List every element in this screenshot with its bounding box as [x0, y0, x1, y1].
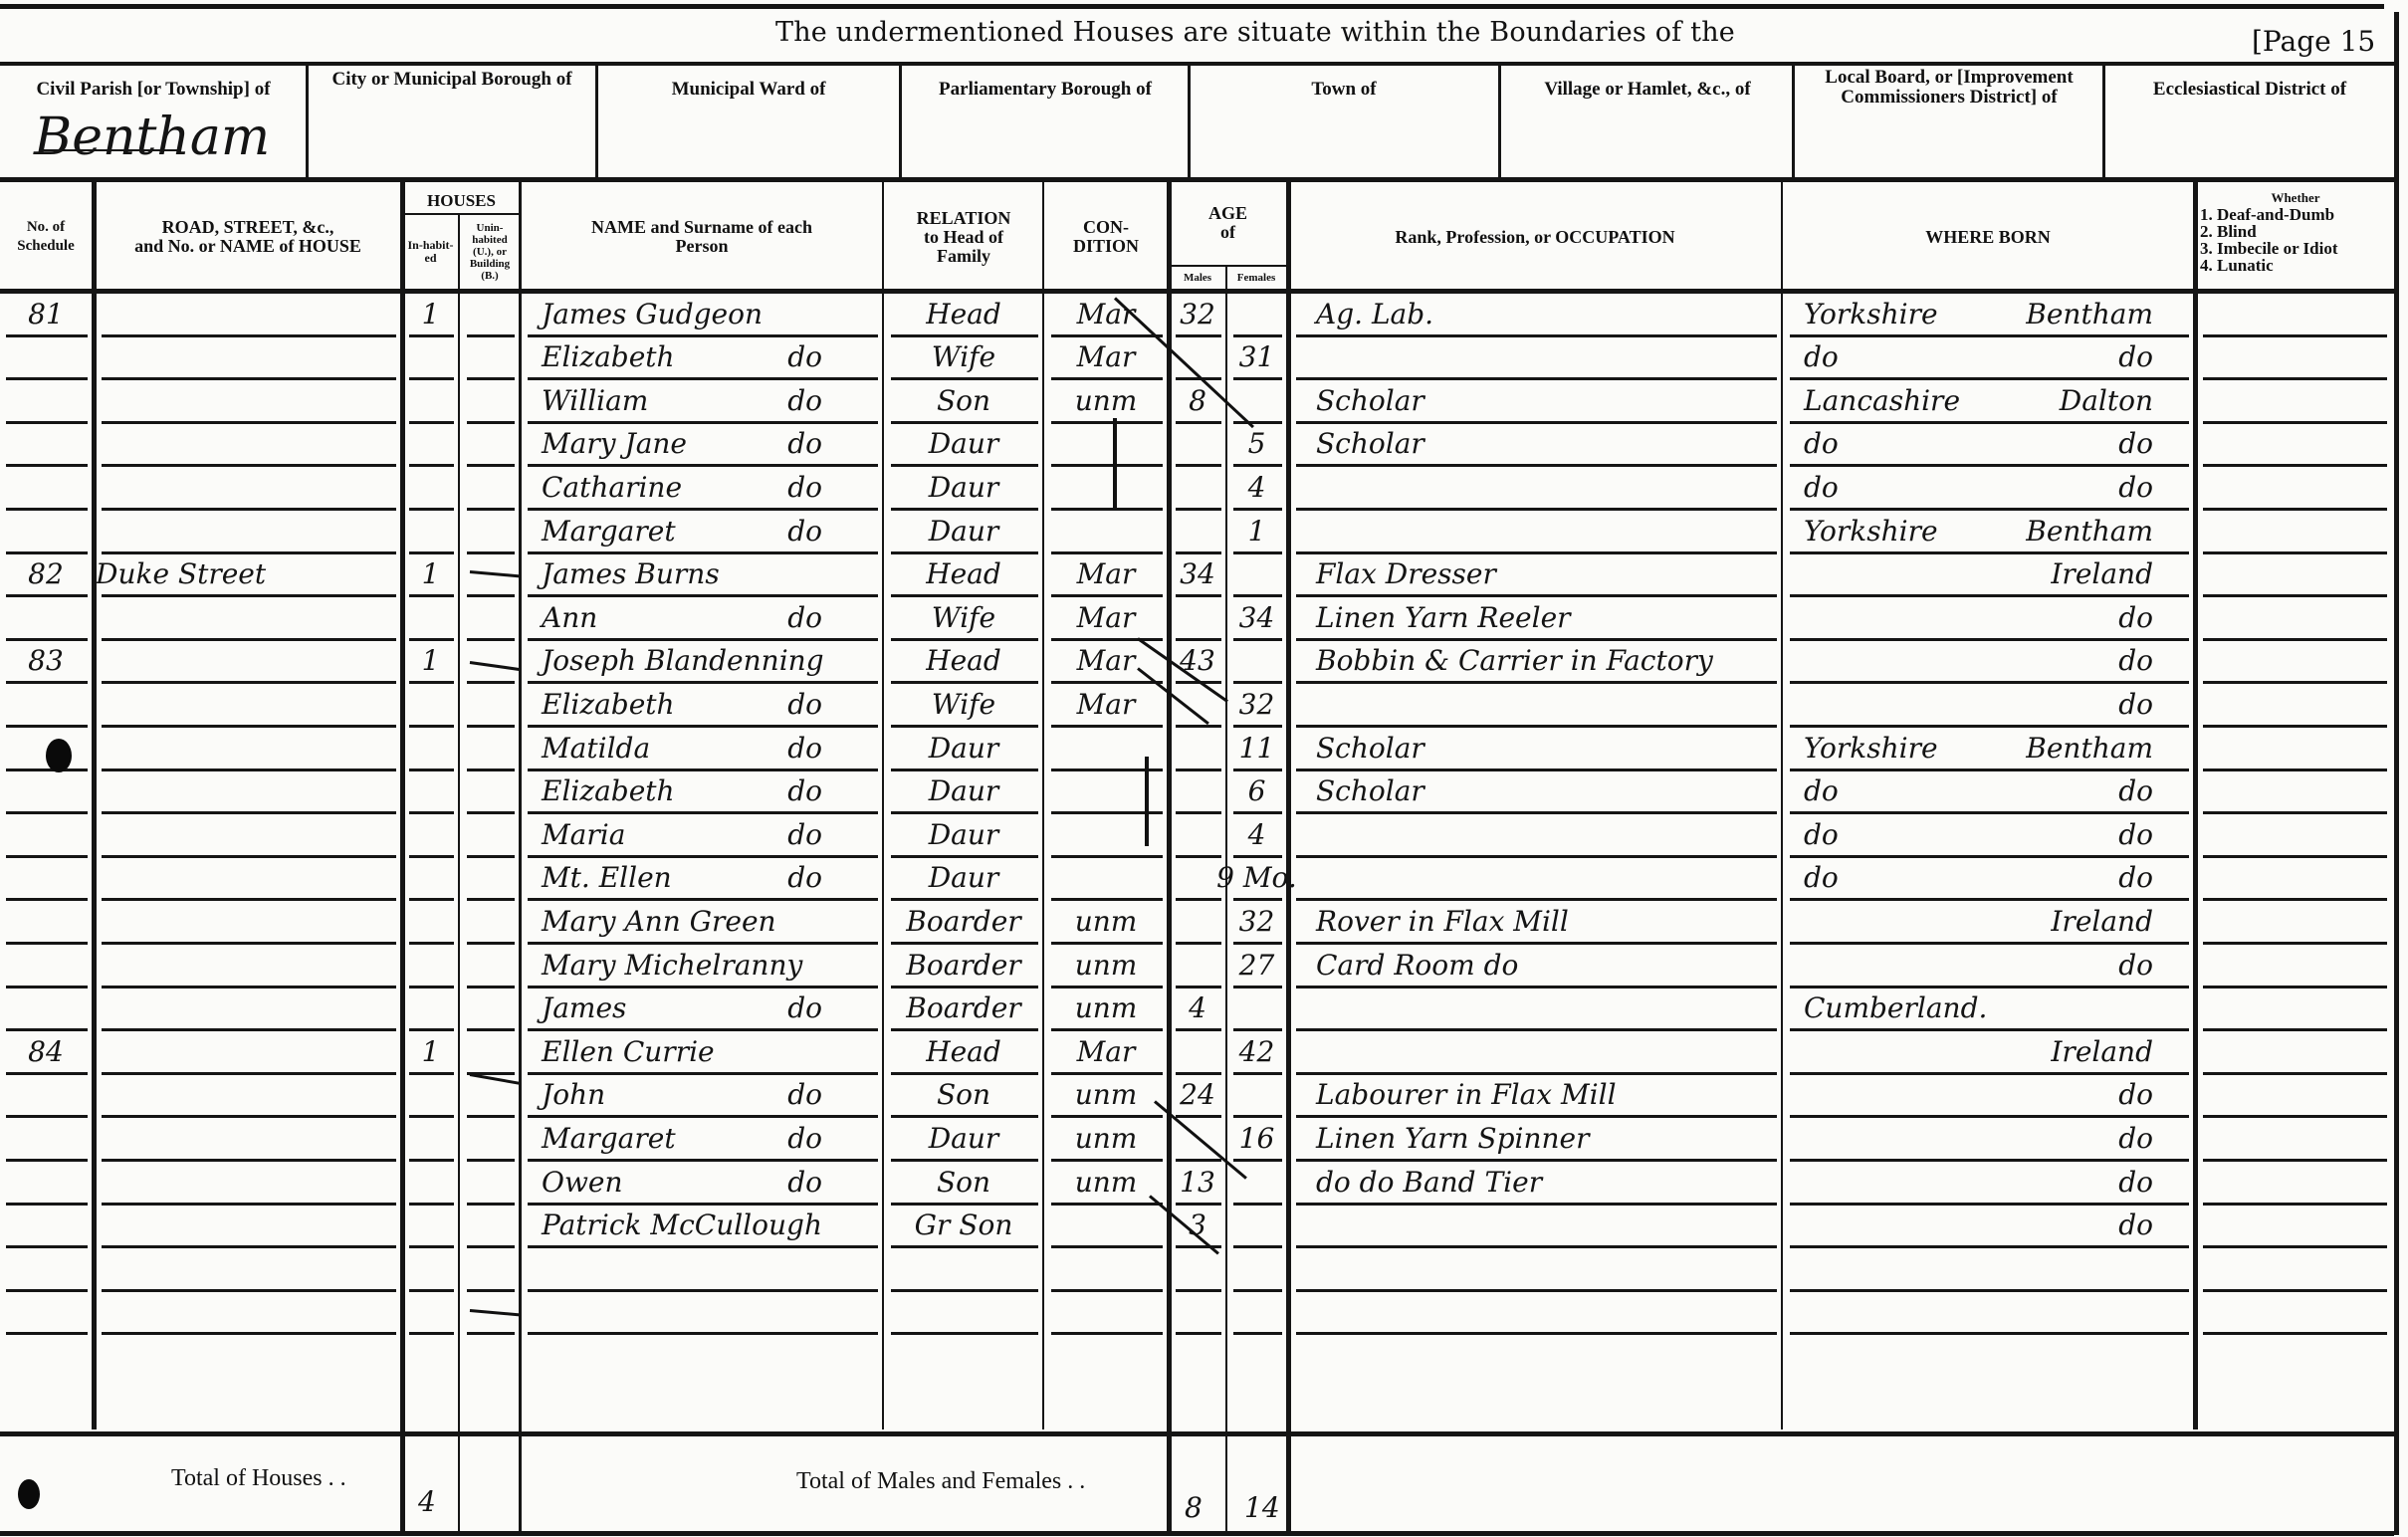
female-age: 31 — [1227, 334, 1286, 378]
ink-blot — [18, 1479, 40, 1509]
occupation: Scholar — [1290, 725, 1781, 768]
col-occupation: Rank, Profession, or OCCUPATION — [1290, 185, 1780, 289]
person-name: Anndo — [522, 594, 882, 638]
relation-to-head: Daur — [885, 421, 1042, 465]
male-age: 3 — [1170, 1203, 1225, 1246]
birth-place: do — [2118, 949, 2153, 982]
person-name: Elizabethdo — [522, 681, 882, 725]
schedule-number — [0, 1159, 92, 1203]
schedule-number: 84 — [0, 1028, 92, 1072]
col-age-males: Males — [1170, 267, 1225, 289]
male-age — [1170, 811, 1225, 855]
bottom-rule — [0, 1531, 2394, 1536]
male-age — [1170, 1289, 1225, 1333]
row-rule — [2203, 898, 2387, 901]
road-name — [96, 1203, 400, 1246]
row-rule — [528, 1332, 878, 1335]
civil-parish-label: Civil Parish [or Township] of — [6, 80, 301, 100]
relation-to-head: Son — [885, 1072, 1042, 1116]
row-rule — [467, 1245, 515, 1248]
person-forename: Elizabeth — [542, 340, 675, 373]
person-name: Mariado — [522, 811, 882, 855]
marital-condition: Mar — [1045, 551, 1167, 595]
birth-place: do — [2118, 1122, 2153, 1155]
occupation: do do Band Tier — [1290, 1159, 1781, 1203]
schedule-number — [0, 594, 92, 638]
row-rule — [467, 638, 515, 641]
male-age — [1170, 421, 1225, 465]
total-houses-inhabited: 4 — [418, 1485, 436, 1518]
birthplace: YorkshireBentham — [1784, 291, 2193, 334]
row-rule — [467, 898, 515, 901]
female-age — [1227, 986, 1286, 1029]
col-houses: HOUSES — [403, 185, 520, 215]
row-rule — [6, 1332, 88, 1335]
birth-place: do — [2118, 1208, 2153, 1241]
male-age — [1170, 594, 1225, 638]
female-age: 32 — [1227, 681, 1286, 725]
marital-condition — [1045, 421, 1167, 465]
row-rule — [2203, 421, 2387, 424]
female-age — [1227, 1289, 1286, 1333]
relation-to-head: Wife — [885, 594, 1042, 638]
tally-bar — [1145, 757, 1149, 846]
row-rule — [467, 1332, 515, 1335]
occupation — [1290, 508, 1781, 551]
page-number: [Page 15 — [2252, 25, 2375, 58]
tally-bar — [1113, 418, 1117, 508]
marital-condition — [1045, 1245, 1167, 1289]
road-name — [96, 986, 400, 1029]
row-rule — [2203, 768, 2387, 771]
female-age: 4 — [1227, 811, 1286, 855]
row-rule — [2203, 942, 2387, 945]
marital-condition — [1045, 855, 1167, 899]
occupation: Card Room do — [1290, 942, 1781, 986]
birth-place: Bentham — [2026, 298, 2153, 330]
birth-place: Ireland — [2051, 557, 2153, 590]
surname-ditto: do — [787, 688, 822, 721]
occupation — [1290, 1289, 1781, 1333]
road-name — [96, 1245, 400, 1289]
inhabited-count — [403, 1245, 458, 1289]
male-age: 43 — [1170, 638, 1225, 682]
occupation — [1290, 1245, 1781, 1289]
village-label: Village or Hamlet, &c., of — [1505, 80, 1790, 100]
person-name: Jamesdo — [522, 986, 882, 1029]
male-age — [1170, 508, 1225, 551]
relation-to-head — [885, 1289, 1042, 1333]
surname-ditto: do — [787, 515, 822, 548]
row-rule — [2203, 1028, 2387, 1031]
birth-place: Bentham — [2026, 515, 2153, 548]
row-rule — [2203, 725, 2387, 728]
birth-place: do — [2118, 861, 2153, 894]
row-rule — [467, 1115, 515, 1118]
person-forename: Maria — [542, 818, 625, 851]
road-name — [96, 768, 400, 812]
col-schedule: No. of Schedule — [0, 185, 92, 289]
total-houses-label: Total of Houses . . — [171, 1465, 346, 1492]
marital-condition: unm — [1045, 942, 1167, 986]
inhabited-count — [403, 1159, 458, 1203]
occupation — [1290, 334, 1781, 378]
marital-condition — [1045, 1203, 1167, 1246]
person-forename: Patrick McCullough — [542, 1208, 822, 1241]
male-age: 32 — [1170, 291, 1225, 334]
person-name: Mary Michelranny — [522, 942, 882, 986]
birthplace — [1784, 1245, 2193, 1289]
inhabited-count — [403, 1072, 458, 1116]
birthplace: do — [1784, 681, 2193, 725]
town-label: Town of — [1195, 80, 1493, 100]
col-where-born: WHERE BORN — [1784, 185, 2192, 289]
schedule-number — [0, 855, 92, 899]
person-name: Elizabethdo — [522, 768, 882, 812]
total-females: 14 — [1244, 1491, 1280, 1524]
person-forename: Mary Michelranny — [542, 949, 802, 982]
birthplace: do — [1784, 1203, 2193, 1246]
relation-to-head: Wife — [885, 334, 1042, 378]
birthplace: dodo — [1784, 421, 2193, 465]
row-rule — [2203, 1245, 2387, 1248]
surname-ditto: do — [787, 991, 822, 1024]
person-forename: Matilda — [542, 732, 650, 765]
occupation: Linen Yarn Spinner — [1290, 1115, 1781, 1159]
row-rule — [467, 681, 515, 684]
female-age: 11 — [1227, 725, 1286, 768]
schedule-number — [0, 421, 92, 465]
female-age: 6 — [1227, 768, 1286, 812]
total-males: 8 — [1185, 1491, 1203, 1524]
birth-county: Yorkshire — [1804, 515, 1938, 548]
inhabited-count — [403, 464, 458, 508]
row-rule — [467, 508, 515, 511]
relation-to-head: Boarder — [885, 942, 1042, 986]
female-age — [1227, 1245, 1286, 1289]
birth-place: do — [2118, 774, 2153, 807]
male-age — [1170, 681, 1225, 725]
relation-to-head: Daur — [885, 1115, 1042, 1159]
marital-condition: unm — [1045, 898, 1167, 942]
birthplace: dodo — [1784, 334, 2193, 378]
surname-ditto: do — [787, 818, 822, 851]
birth-county: Yorkshire — [1804, 298, 1938, 330]
female-age — [1227, 377, 1286, 421]
row-rule — [2203, 1289, 2387, 1292]
road-name — [96, 1072, 400, 1116]
inhabited-count — [403, 1115, 458, 1159]
schedule-number — [0, 1115, 92, 1159]
relation-to-head: Daur — [885, 855, 1042, 899]
road-name — [96, 1289, 400, 1333]
schedule-number: 81 — [0, 291, 92, 334]
female-age: 34 — [1227, 594, 1286, 638]
row-rule — [467, 551, 515, 554]
local-board-label: Local Board, or [Improvement Commissione… — [1800, 68, 2098, 108]
row-rule — [467, 725, 515, 728]
occupation: Flax Dresser — [1290, 551, 1781, 595]
schedule-number — [0, 1072, 92, 1116]
birth-place: do — [2118, 601, 2153, 634]
inhabited-count — [403, 986, 458, 1029]
inhabited-count — [403, 811, 458, 855]
surname-ditto: do — [787, 340, 822, 373]
row-rule — [467, 594, 515, 597]
house-divider-stroke — [470, 1309, 520, 1316]
female-age: 27 — [1227, 942, 1286, 986]
birth-county: do — [1804, 471, 1839, 504]
person-forename: Mt. Ellen — [542, 861, 672, 894]
person-forename: Joseph Blandenning — [542, 644, 824, 677]
relation-to-head: Boarder — [885, 898, 1042, 942]
col-infirmity: Whether 1. Deaf-and-Dumb 2. Blind 3. Imb… — [2200, 189, 2391, 289]
row-rule — [467, 986, 515, 988]
person-name: Mary Ann Green — [522, 898, 882, 942]
row-rule — [891, 1332, 1038, 1335]
row-rule — [102, 1332, 396, 1335]
row-rule — [1296, 1332, 1777, 1335]
house-divider-stroke — [470, 570, 520, 577]
occupation — [1290, 1203, 1781, 1246]
row-rule — [2203, 464, 2387, 467]
relation-to-head: Head — [885, 1028, 1042, 1072]
occupation: Scholar — [1290, 377, 1781, 421]
person-name: Patrick McCullough — [522, 1203, 882, 1246]
surname-ditto: do — [787, 1078, 822, 1111]
schedule-number — [0, 811, 92, 855]
person-name: Joseph Blandenning — [522, 638, 882, 682]
schedule-number — [0, 377, 92, 421]
female-age — [1227, 1072, 1286, 1116]
birth-place: do — [2118, 644, 2153, 677]
birthplace: Ireland — [1784, 898, 2193, 942]
birth-county: Lancashire — [1804, 384, 1960, 417]
row-rule — [467, 855, 515, 858]
schedule-number — [0, 1203, 92, 1246]
row-rule — [2203, 986, 2387, 988]
road-name — [96, 942, 400, 986]
person-name: James Burns — [522, 551, 882, 595]
person-forename: Owen — [542, 1166, 623, 1199]
female-age: 1 — [1227, 508, 1286, 551]
female-age: 32 — [1227, 898, 1286, 942]
birth-place: do — [2118, 340, 2153, 373]
road-name — [96, 855, 400, 899]
birthplace: Ireland — [1784, 1028, 2193, 1072]
marital-condition: Mar — [1045, 1028, 1167, 1072]
birth-place: do — [2118, 471, 2153, 504]
col-age-females: Females — [1227, 267, 1285, 289]
inhabited-count — [403, 898, 458, 942]
inhabited-count — [403, 377, 458, 421]
row-rule — [2203, 334, 2387, 337]
relation-to-head: Boarder — [885, 986, 1042, 1029]
relation-to-head: Gr Son — [885, 1203, 1042, 1246]
road-name — [96, 464, 400, 508]
inhabited-count: 1 — [403, 551, 458, 595]
marital-condition: Mar — [1045, 681, 1167, 725]
surname-ditto: do — [787, 1122, 822, 1155]
female-age — [1227, 1159, 1286, 1203]
occupation — [1290, 464, 1781, 508]
row-rule — [2203, 377, 2387, 380]
house-divider-stroke — [470, 661, 520, 671]
col-age: AGEof — [1170, 185, 1286, 261]
row-rule — [2203, 1115, 2387, 1118]
col-relation: RELATIONto Head ofFamily — [885, 185, 1042, 289]
surname-ditto: do — [787, 471, 822, 504]
birthplace — [1784, 1289, 2193, 1333]
person-forename: Elizabeth — [542, 688, 675, 721]
birth-county: do — [1804, 861, 1839, 894]
birthplace: dodo — [1784, 855, 2193, 899]
female-age: 9 Mo. — [1227, 855, 1286, 899]
road-name — [96, 377, 400, 421]
road-name — [96, 421, 400, 465]
occupation: Bobbin & Carrier in Factory — [1290, 638, 1781, 682]
birth-place: do — [2118, 688, 2153, 721]
person-name — [522, 1289, 882, 1333]
road-name — [96, 1115, 400, 1159]
schedule-number — [0, 1245, 92, 1289]
birth-county: do — [1804, 427, 1839, 460]
row-rule — [2203, 1203, 2387, 1206]
inhabited-count — [403, 421, 458, 465]
female-age — [1227, 291, 1286, 334]
occupation: Scholar — [1290, 768, 1781, 812]
person-forename: William — [542, 384, 648, 417]
road-name: Duke Street — [96, 551, 400, 595]
female-age: 16 — [1227, 1115, 1286, 1159]
row-rule — [467, 334, 515, 337]
total-persons-label: Total of Males and Females . . — [796, 1468, 1085, 1495]
female-age: 5 — [1227, 421, 1286, 465]
marital-condition — [1045, 508, 1167, 551]
occupation — [1290, 811, 1781, 855]
row-rule — [2203, 638, 2387, 641]
inhabited-count: 1 — [403, 638, 458, 682]
inhabited-count — [403, 681, 458, 725]
schedule-number — [0, 508, 92, 551]
totals-rule — [0, 1431, 2394, 1436]
relation-to-head: Wife — [885, 681, 1042, 725]
birth-place: do — [2118, 818, 2153, 851]
birthplace: Cumberland. — [1784, 986, 2193, 1029]
birthplace: YorkshireBentham — [1784, 508, 2193, 551]
road-name — [96, 1159, 400, 1203]
birthplace: do — [1784, 594, 2193, 638]
page-title: The undermentioned Houses are situate wi… — [775, 17, 1735, 48]
row-rule — [467, 464, 515, 467]
schedule-number — [0, 334, 92, 378]
inhabited-count — [403, 508, 458, 551]
surname-ditto: do — [787, 601, 822, 634]
person-name — [522, 1245, 882, 1289]
marital-condition: Mar — [1045, 594, 1167, 638]
occupation: Labourer in Flax Mill — [1290, 1072, 1781, 1116]
relation-to-head: Head — [885, 638, 1042, 682]
row-rule — [2203, 594, 2387, 597]
birth-place: do — [2118, 427, 2153, 460]
birthplace: do — [1784, 942, 2193, 986]
row-rule — [2203, 1332, 2387, 1335]
person-forename: Ann — [542, 601, 597, 634]
person-name: Johndo — [522, 1072, 882, 1116]
female-age: 42 — [1227, 1028, 1286, 1072]
male-age — [1170, 725, 1225, 768]
birthplace: do — [1784, 1115, 2193, 1159]
row-rule — [2203, 811, 2387, 814]
person-name: Catharinedo — [522, 464, 882, 508]
male-age: 4 — [1170, 986, 1225, 1029]
male-age: 34 — [1170, 551, 1225, 595]
birth-place: Dalton — [2060, 384, 2153, 417]
birth-place: Bentham — [2026, 732, 2153, 765]
road-name — [96, 291, 400, 334]
female-age — [1227, 1203, 1286, 1246]
top-rule — [0, 4, 2384, 9]
row-rule — [1233, 1332, 1282, 1335]
occupation — [1290, 986, 1781, 1029]
col-name: NAME and Surname of eachPerson — [522, 185, 882, 289]
relation-to-head: Daur — [885, 508, 1042, 551]
person-forename: Mary Ann Green — [542, 905, 776, 938]
birthplace: YorkshireBentham — [1784, 725, 2193, 768]
road-name — [96, 508, 400, 551]
row-rule — [467, 377, 515, 380]
male-age: 8 — [1170, 377, 1225, 421]
occupation: Scholar — [1290, 421, 1781, 465]
col-inhabited: In-habit-ed — [403, 215, 458, 289]
male-age: 24 — [1170, 1072, 1225, 1116]
birthplace: do — [1784, 638, 2193, 682]
male-age — [1170, 1028, 1225, 1072]
person-forename: Mary Jane — [542, 427, 687, 460]
person-forename: Margaret — [542, 1122, 676, 1155]
surname-ditto: do — [787, 384, 822, 417]
inhabited-count: 1 — [403, 291, 458, 334]
municipal-borough-label: City or Municipal Borough of — [313, 70, 591, 90]
row-rule — [467, 1028, 515, 1031]
birthplace: do — [1784, 1159, 2193, 1203]
row-rule — [467, 421, 515, 424]
schedule-number — [0, 898, 92, 942]
person-name: Mary Janedo — [522, 421, 882, 465]
occupation — [1290, 855, 1781, 899]
row-rule — [1790, 1332, 2189, 1335]
person-name: James Gudgeon — [522, 291, 882, 334]
female-age: 4 — [1227, 464, 1286, 508]
row-rule — [1176, 1332, 1221, 1335]
birth-place: Ireland — [2051, 1035, 2153, 1068]
schedule-number — [0, 681, 92, 725]
birth-county: do — [1804, 818, 1839, 851]
relation-to-head: Son — [885, 1159, 1042, 1203]
person-name: Owendo — [522, 1159, 882, 1203]
person-forename: Elizabeth — [542, 774, 675, 807]
road-name — [96, 594, 400, 638]
row-rule — [409, 1332, 454, 1335]
schedule-number — [0, 1289, 92, 1333]
relation-to-head: Daur — [885, 464, 1042, 508]
occupation: Ag. Lab. — [1290, 291, 1781, 334]
person-forename: Ellen Currie — [542, 1035, 715, 1068]
person-name: Matildado — [522, 725, 882, 768]
male-age — [1170, 898, 1225, 942]
birth-place: do — [2118, 1078, 2153, 1111]
row-rule — [2203, 551, 2387, 554]
